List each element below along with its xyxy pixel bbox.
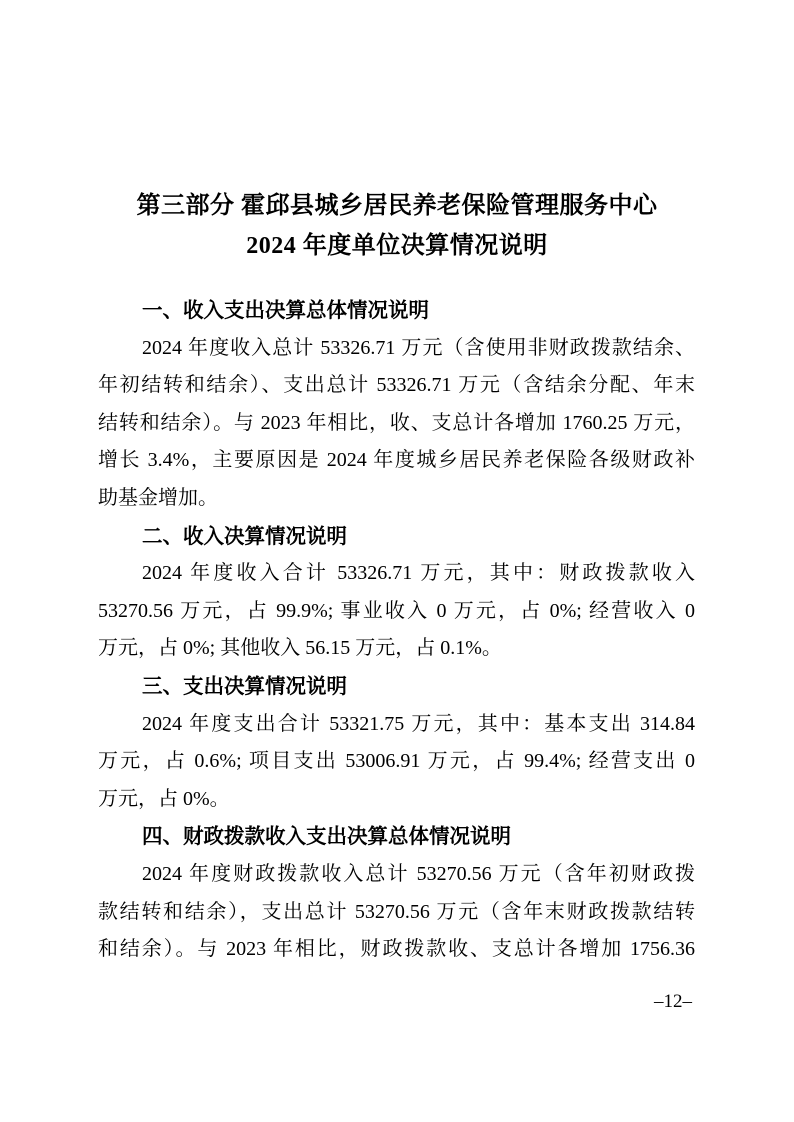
paragraph-line: 和结余）。与 2023 年相比，财政拨款收、支总计各增加 1756.36 [98, 931, 695, 969]
paragraph-line: 53270.56 万元，占 99.9%; 事业收入 0 万元，占 0%; 经营收… [98, 593, 695, 631]
document-title: 第三部分 霍邱县城乡居民养老保险管理服务中心 2024 年度单位决算情况说明 [0, 186, 794, 266]
paragraph-line: 款结转和结余），支出总计 53270.56 万元（含年末财政拨款结转 [98, 894, 695, 932]
paragraph-line: 2024 年度收入合计 53326.71 万元，其中：财政拨款收入 [98, 555, 695, 593]
document-title-line2: 2024 年度单位决算情况说明 [0, 226, 794, 266]
paragraph-line: 增长 3.4%，主要原因是 2024 年度城乡居民养老保险各级财政补 [98, 442, 695, 480]
section-heading: 三、支出决算情况说明 [98, 668, 695, 706]
paragraph-line: 助基金增加。 [98, 480, 695, 518]
paragraph-line: 结转和结余）。与 2023 年相比，收、支总计各增加 1760.25 万元， [98, 405, 695, 443]
paragraph-line: 万元，占 0.6%; 项目支出 53006.91 万元，占 99.4%; 经营支… [98, 743, 695, 781]
page-number: –12– [654, 991, 692, 1013]
paragraph-line: 2024 年度支出合计 53321.75 万元，其中：基本支出 314.84 [98, 706, 695, 744]
section-heading: 四、财政拨款收入支出决算总体情况说明 [98, 818, 695, 856]
paragraph-line: 年初结转和结余）、支出总计 53326.71 万元（含结余分配、年末 [98, 367, 695, 405]
document-body: 一、收入支出决算总体情况说明2024 年度收入总计 53326.71 万元（含使… [98, 292, 695, 969]
document-title-line1: 第三部分 霍邱县城乡居民养老保险管理服务中心 [0, 186, 794, 226]
paragraph-line: 2024 年度财政拨款收入总计 53270.56 万元（含年初财政拨 [98, 856, 695, 894]
paragraph-line: 万元，占 0%; 其他收入 56.15 万元，占 0.1%。 [98, 630, 695, 668]
section-heading: 二、收入决算情况说明 [98, 518, 695, 556]
paragraph-line: 2024 年度收入总计 53326.71 万元（含使用非财政拨款结余、 [98, 330, 695, 368]
document-page: 第三部分 霍邱县城乡居民养老保险管理服务中心 2024 年度单位决算情况说明 一… [0, 0, 794, 1122]
paragraph-line: 万元，占 0%。 [98, 781, 695, 819]
section-heading: 一、收入支出决算总体情况说明 [98, 292, 695, 330]
